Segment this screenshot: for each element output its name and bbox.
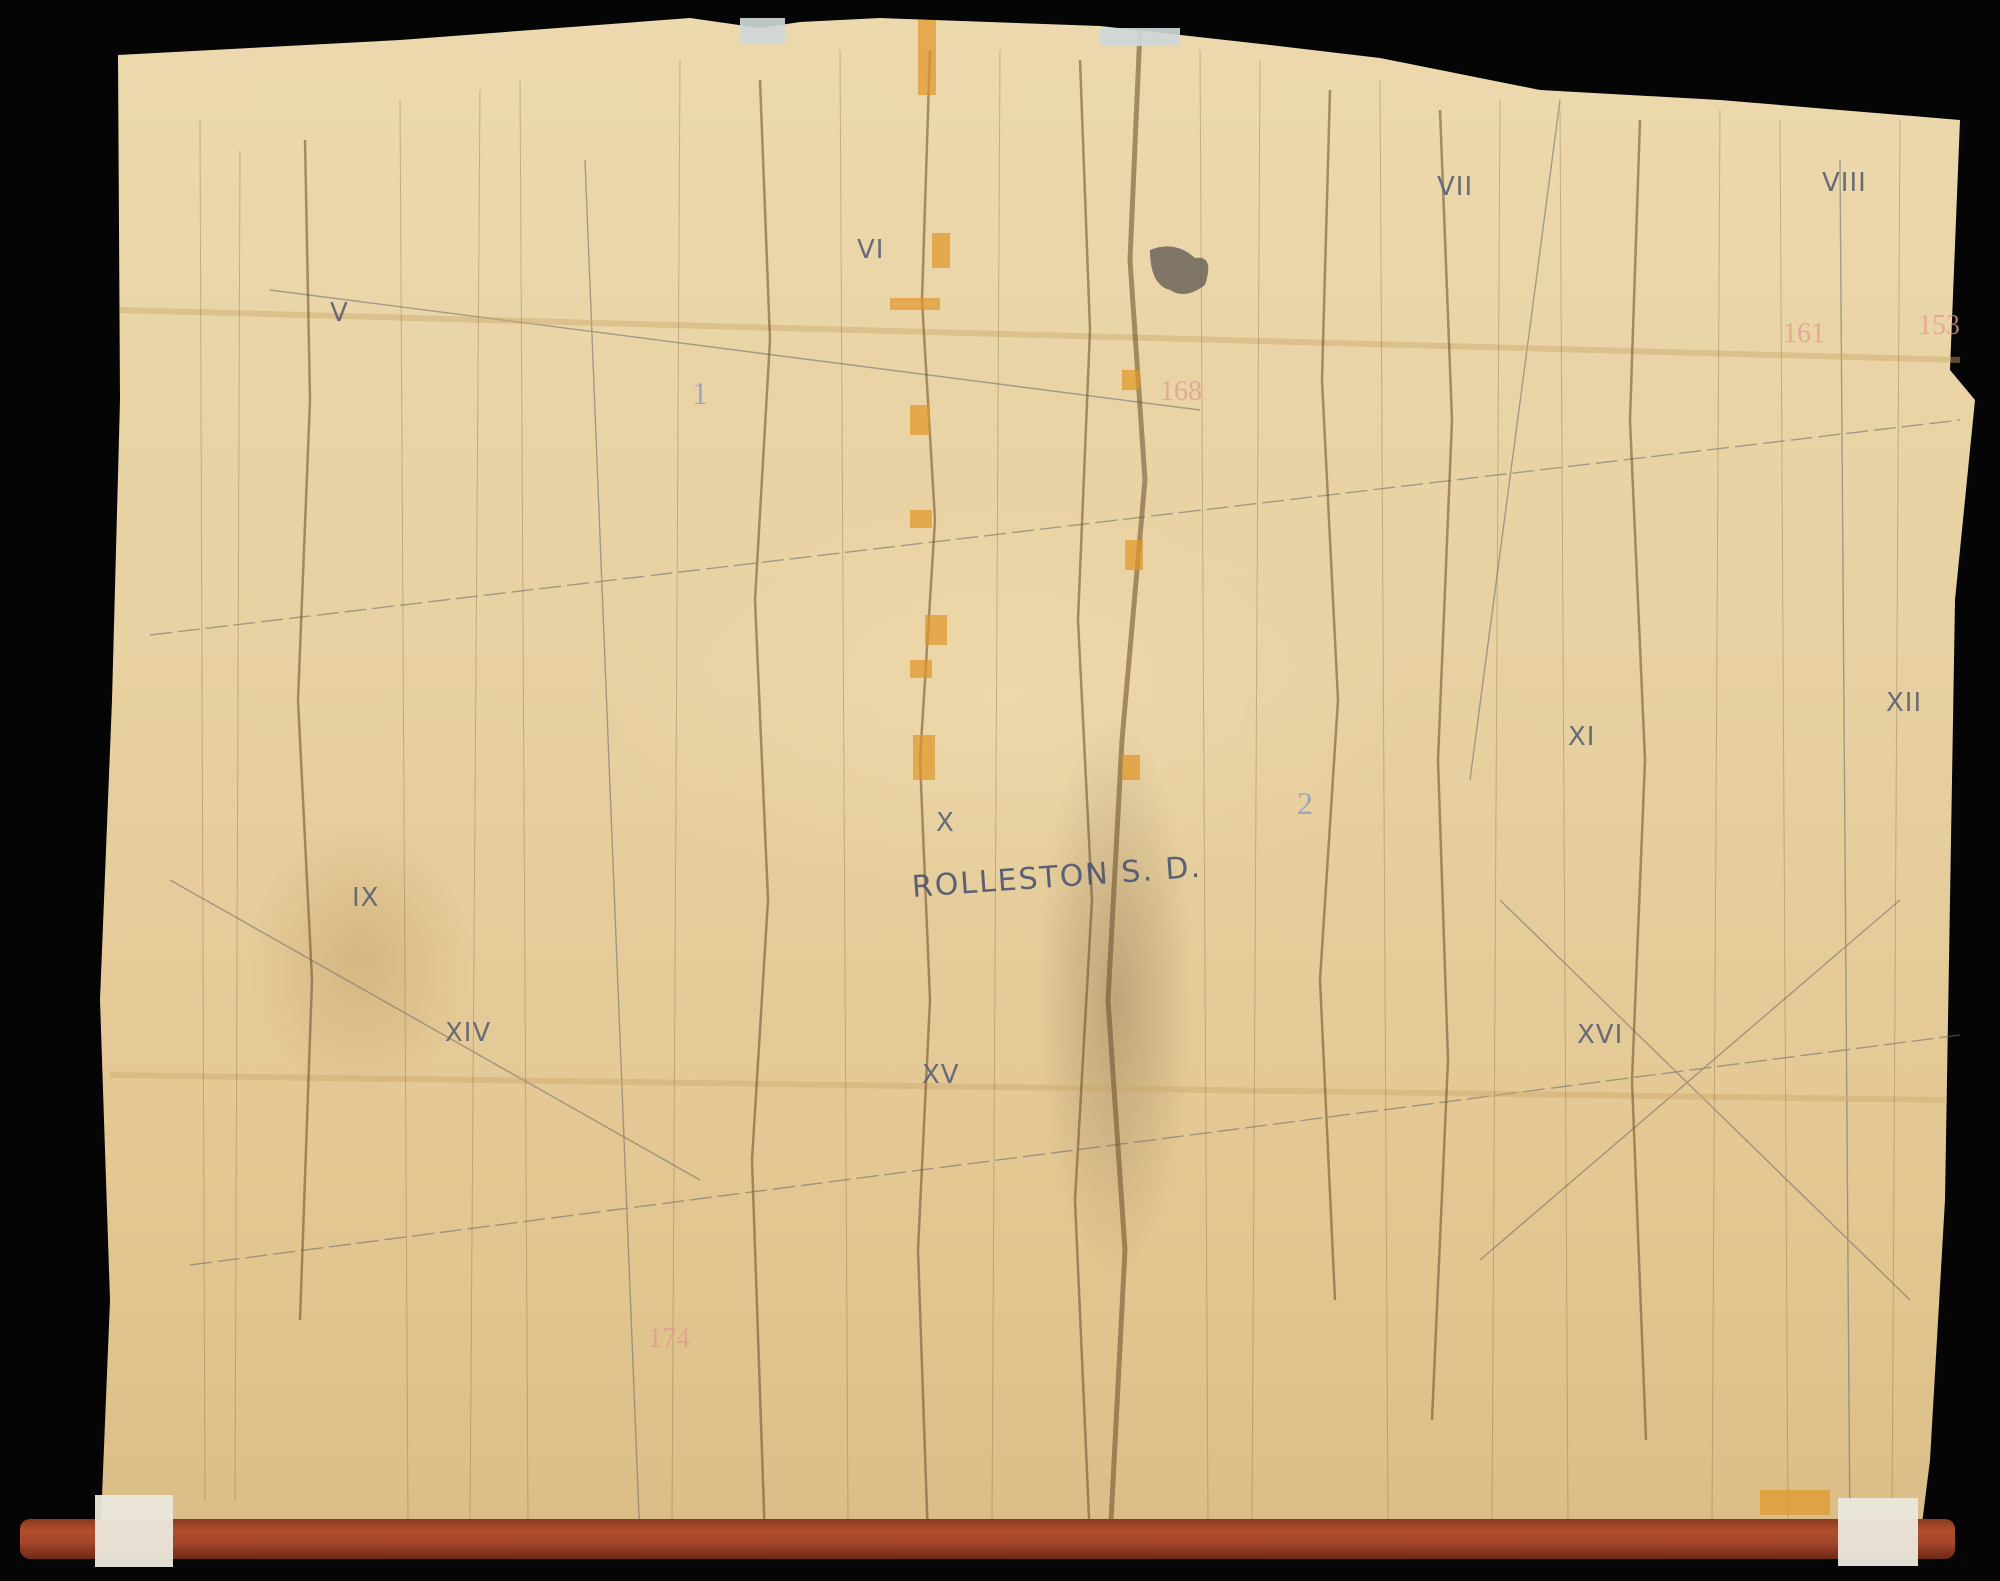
section-label-vi: VI — [857, 235, 884, 265]
wooden-roller — [20, 1519, 1955, 1559]
amber-tape-strip — [910, 405, 930, 435]
section-label-v: V — [330, 298, 349, 328]
section-label-xi: XI — [1568, 722, 1595, 752]
amber-tape-strip — [890, 298, 940, 310]
section-label-vii: VII — [1437, 172, 1473, 202]
top-tape — [740, 18, 785, 43]
amber-tape-strip — [910, 510, 932, 528]
amber-tape-strip — [925, 615, 947, 645]
section-label-xv: XV — [922, 1060, 960, 1090]
amber-tape-strip — [1122, 370, 1140, 390]
sheet-number-2: 2 — [1297, 785, 1313, 822]
section-label-xii: XII — [1886, 688, 1922, 718]
section-label-xvi: XVI — [1577, 1020, 1623, 1050]
map-paper — [0, 0, 2000, 1581]
red-annotation-153: 153 — [1918, 310, 1960, 342]
amber-tape-strip — [1125, 540, 1143, 570]
sheet-number-1: 1 — [692, 375, 708, 412]
amber-tape-strip — [1122, 755, 1140, 780]
amber-tape-strip — [918, 20, 936, 95]
amber-tape-strip — [1760, 1490, 1830, 1515]
amber-tape-strip — [932, 233, 950, 268]
top-tape — [1100, 28, 1180, 46]
red-annotation-161: 161 — [1783, 318, 1825, 350]
red-annotation-174: 174 — [648, 1323, 690, 1355]
amber-tape-strip — [910, 660, 932, 678]
amber-tape-strip — [913, 735, 935, 780]
map-sheet: ROLLESTON S. D. V VI VII VIII IX X XI XI… — [0, 0, 2000, 1581]
red-annotation-168: 168 — [1160, 376, 1202, 408]
section-label-ix: IX — [352, 883, 379, 913]
roller-tape-right — [1838, 1498, 1918, 1566]
section-label-xiv: XIV — [445, 1018, 491, 1048]
section-label-x: X — [936, 808, 955, 838]
roller-tape-left — [95, 1495, 173, 1567]
section-label-viii: VIII — [1822, 168, 1867, 198]
